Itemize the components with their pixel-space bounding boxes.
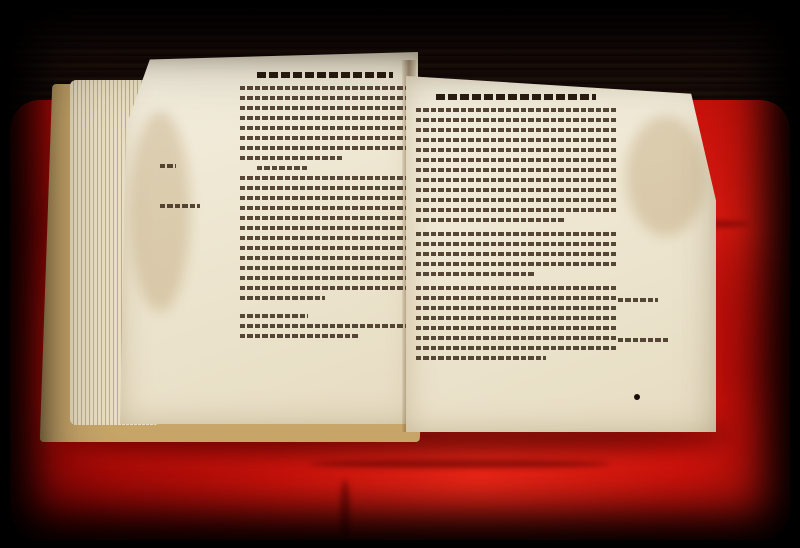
- right-page: [406, 76, 716, 432]
- photo-scene: [0, 0, 800, 548]
- left-page-text: [240, 72, 410, 344]
- left-page: [120, 52, 418, 424]
- right-page-text: [416, 94, 616, 366]
